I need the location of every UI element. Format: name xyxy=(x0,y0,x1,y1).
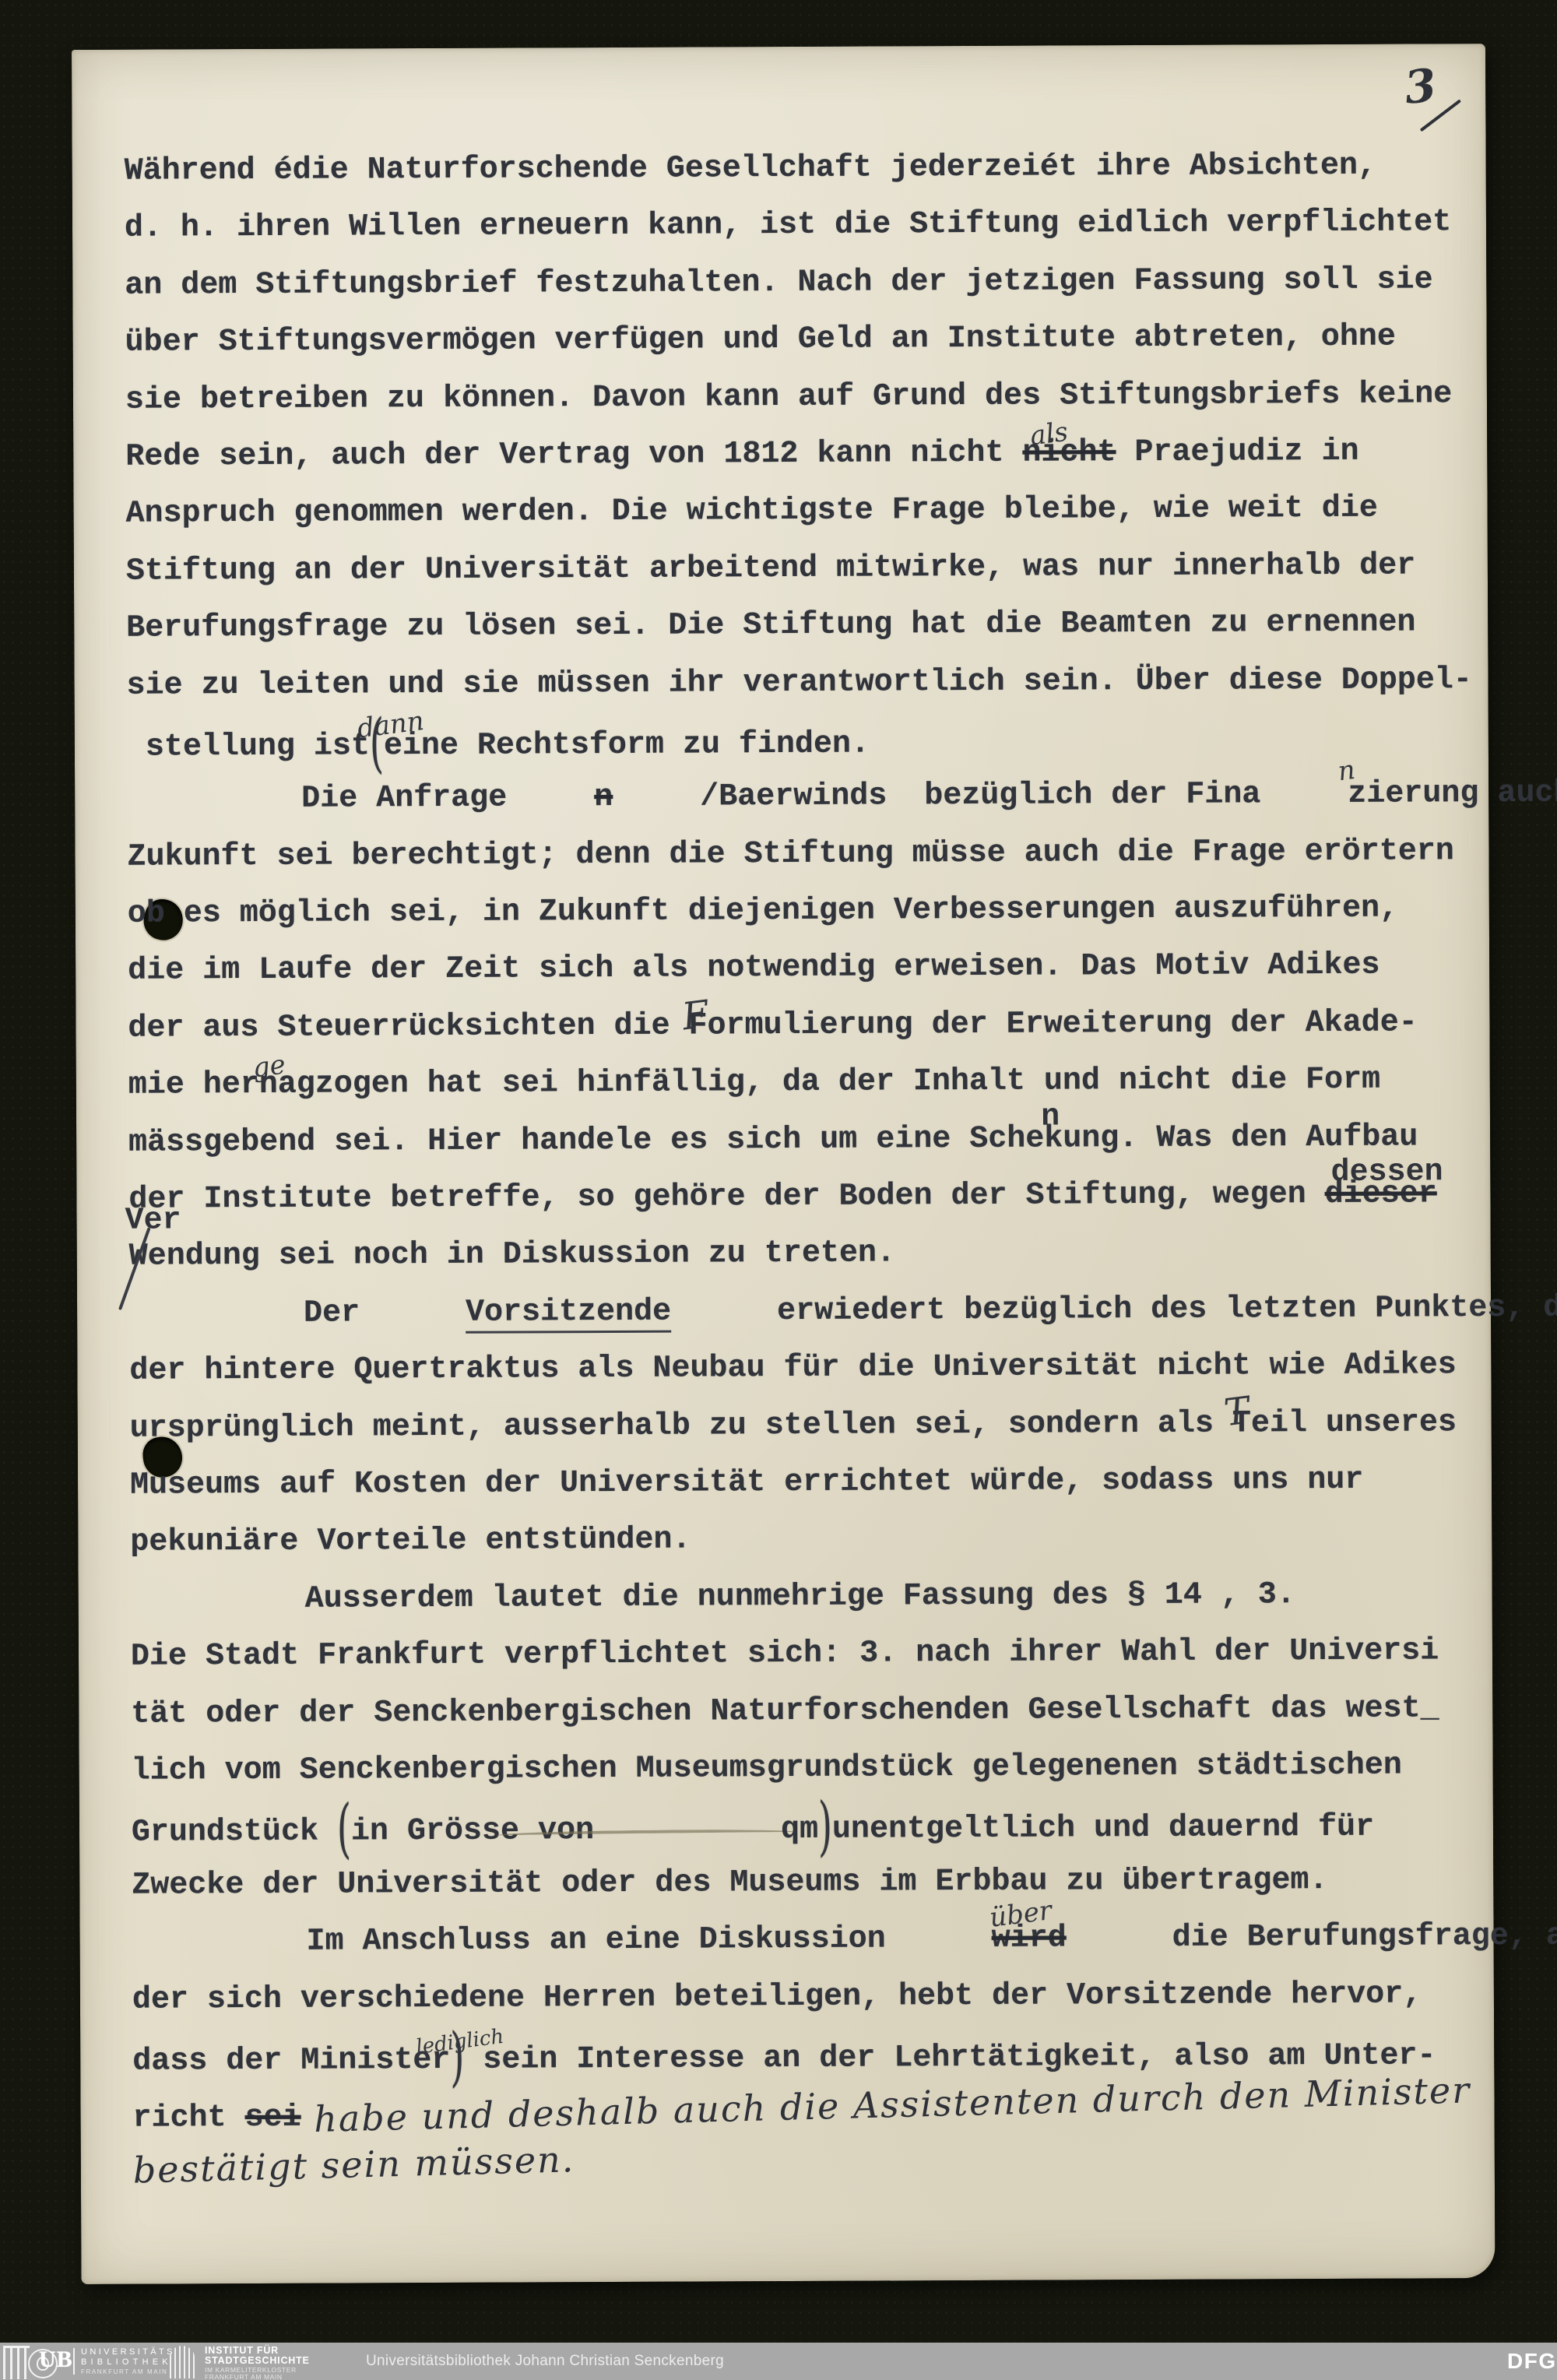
typed-insertion: n xyxy=(1041,1102,1060,1133)
typed-line: Ausserdem lautet die nunmehrige Fassung … xyxy=(131,1566,1501,1629)
struck-word: wirdüber xyxy=(905,1911,1067,1968)
typed-line: Der Vorsitzende erwiedert bezüglich des … xyxy=(129,1280,1499,1343)
typed-line: pekuniäre Vorteile entstünden. xyxy=(130,1508,1500,1571)
typed-text: über Stiftungsvermögen verfügen und Geld… xyxy=(125,309,1396,372)
typed-text-fragment: ursprünglich meint, ausserhalb zu stelle… xyxy=(130,1406,1232,1446)
typed-text: qm xyxy=(781,1802,818,1859)
typed-text: Wendung sei noch in Diskussion zu treten… xyxy=(129,1225,895,1286)
typed-line: die im Laufe der Zeit sich als notwendig… xyxy=(128,937,1498,1000)
handwritten-insertion: ge xyxy=(251,1051,287,1081)
typed-text-fragment: richt xyxy=(132,2101,244,2136)
typed-text-fragment: d. h. ihren Willen erneuern kann, ist di… xyxy=(125,206,1451,246)
typed-text-fragment: mie her xyxy=(128,1067,259,1103)
typed-text-fragment: sei xyxy=(245,2101,301,2136)
typed-text-fragment: Rede sein, auch der Vertrag von 1812 kan… xyxy=(125,436,1022,475)
handwritten-mark: ( xyxy=(337,1799,351,1861)
typed-text: der Institute betreffe, so gehöre der Bo… xyxy=(128,1166,1325,1229)
typed-text: zogen hat sei hinfällig, da der Inhalt u… xyxy=(315,1052,1381,1113)
isg-arch-icon xyxy=(170,2346,195,2378)
ub-name-line1: UNIVERSITÄTS xyxy=(81,2347,175,2357)
page-number-value: 3 xyxy=(1402,54,1478,114)
typed-text: Stiftung an der Universität arbeitend mi… xyxy=(126,537,1416,600)
typed-text-fragment: n xyxy=(594,780,613,815)
typed-text: /Baerwinds bezüglich der Fina xyxy=(613,767,1260,827)
typed-text: Ausserdem lautet die nunmehrige Fassung … xyxy=(218,1566,1296,1628)
typed-text: erwiedert bezüglich des letzten Punktes,… xyxy=(671,1279,1557,1341)
typed-text-fragment: bestätigt sein müssen. xyxy=(132,2131,575,2199)
typed-text-fragment: Praejudiz in xyxy=(1116,434,1358,470)
typed-text: ursprünglich meint, ausserhalb zu stelle… xyxy=(130,1395,1233,1457)
typed-text-fragment: /Baerwinds bezüglich der Fina xyxy=(700,778,1260,815)
typed-text-fragment: Grundstück xyxy=(132,1815,337,1851)
typed-text: kungn xyxy=(1044,1110,1119,1168)
dfg-logo: DFG xyxy=(1507,2349,1557,2374)
typed-text: Museums auf Kosten der Universität erric… xyxy=(130,1452,1364,1514)
ub-name-line2: BIBLIOTHEK xyxy=(81,2357,172,2367)
typed-text: Zukunft sei berechtigt; denn die Stiftun… xyxy=(127,823,1454,886)
typed-text: der sich verschiedene Herren beteiligen,… xyxy=(132,1966,1422,2029)
typed-text: an dem Stiftungsbrief festzuhalten. Nach… xyxy=(125,251,1433,315)
typed-text-fragment: der hintere Quertraktus als Neubau für d… xyxy=(129,1348,1456,1388)
typed-text: der Erweiterung der Akade- xyxy=(912,994,1417,1053)
underlined-word: Vorsitzende xyxy=(378,1283,671,1341)
typed-text-fragment: sie betreiben zu können. Davon kann auf … xyxy=(125,377,1452,417)
typed-text: Die Anfrage xyxy=(214,770,507,828)
typed-text: Praejudiz in xyxy=(1116,424,1358,482)
typed-text-fragment: die Berufungsfrage, an xyxy=(1154,1919,1557,1956)
typed-text: Berufungsfrage zu lösen sei. Die Stiftun… xyxy=(126,595,1416,658)
typed-text: Der xyxy=(216,1285,378,1342)
typed-text-fragment: Der xyxy=(304,1295,378,1331)
typed-text-fragment: die im Laufe der Zeit sich als notwendig… xyxy=(128,948,1380,989)
typed-line: Während édie Naturforschende Gesellchaft… xyxy=(125,137,1495,200)
handwritten-mark: ) xyxy=(818,1797,832,1858)
typed-line: der Institute betreffe, so gehöre der Bo… xyxy=(128,1165,1499,1229)
typed-text: Grundstück xyxy=(132,1804,337,1862)
typed-text-fragment: der Erweiterung der Akade- xyxy=(913,1005,1418,1042)
typed-text: zierung auch für din xyxy=(1260,765,1557,824)
typed-text: tät oder der Senckenbergischen Naturfors… xyxy=(131,1680,1439,1743)
typed-text: Die Stadt Frankfurt verpflichtet sich: 3… xyxy=(131,1623,1439,1686)
typed-text: pekuniäre Vorteile entstünden. xyxy=(130,1512,691,1572)
isg-name-line1: INSTITUT FÜR xyxy=(205,2345,279,2356)
typed-text-fragment: tät oder der Senckenbergischen Naturfors… xyxy=(131,1691,1439,1731)
typed-text-fragment: erwiedert bezüglich des letzten Punktes,… xyxy=(758,1290,1557,1329)
typed-text: unentgeltlich und dauernd für xyxy=(832,1799,1374,1858)
typed-text: FormulierungF xyxy=(688,997,912,1055)
document-page: 3 Während édie Naturforschende Gesellcha… xyxy=(72,44,1495,2284)
typed-text-fragment: Zwecke der Universität oder des Museums … xyxy=(132,1863,1327,1904)
typed-text: Zwecke der Universität oder des Museums … xyxy=(132,1852,1328,1914)
typed-text: die Berufungsfrage, an xyxy=(1067,1908,1557,1967)
typed-line: Berufungsfrage zu lösen sei. Die Stiftun… xyxy=(126,594,1496,657)
handwritten-insertion: F xyxy=(680,996,711,1036)
typed-text-fragment: stellung ist xyxy=(127,729,370,765)
typed-line: Wendung sei noch in Diskussion zu treten… xyxy=(129,1222,1499,1285)
typed-text: lich vom Senckenbergischen Museumsgrunds… xyxy=(131,1738,1402,1801)
typed-text: Während édie Naturforschende Gesellchaft… xyxy=(125,138,1377,200)
typed-line: Die Anfragen/Baerwinds bezüglich der Fin… xyxy=(127,765,1497,828)
typed-text: dass der Minister xyxy=(132,2032,450,2090)
typed-text-fragment: . Was den Aufbau xyxy=(1119,1120,1418,1156)
typed-text-fragment: Wendung sei noch in Diskussion zu treten… xyxy=(129,1236,895,1274)
typed-text-fragment: pekuniäre Vorteile entstünden. xyxy=(130,1523,691,1560)
typed-text: der aus Steuerrücksichten die xyxy=(128,997,688,1057)
typed-text-fragment: dass der Minister xyxy=(132,2043,450,2079)
typed-text-fragment: sie zu leiten und sie müssen ihr verantw… xyxy=(126,663,1471,704)
typed-line: Zukunft sei berechtigt; denn die Stiftun… xyxy=(127,823,1497,886)
typed-line: über Stiftungsvermögen verfügen und Geld… xyxy=(125,308,1495,371)
footer-bar: UB UNIVERSITÄTS BIBLIOTHEK FRANKFURT AM … xyxy=(0,2343,1557,2380)
typed-text: Im Anschluss an eine Diskussion xyxy=(219,1911,904,1970)
scan-background: { "page": { "number": "3" }, "colors": {… xyxy=(0,0,1557,2380)
handwritten-insertion: T xyxy=(1222,1392,1252,1433)
ub-logo-divider xyxy=(73,2348,75,2375)
handwritten-mark: )lediglich xyxy=(450,2027,464,2089)
typed-text: d. h. ihren Willen erneuern kann, ist di… xyxy=(125,195,1452,258)
typed-text-block: Während édie Naturforschende Gesellchaft… xyxy=(125,137,1504,2200)
typed-text-fragment: Während édie Naturforschende Gesellchaft… xyxy=(125,149,1376,189)
typed-text-fragment: Im Anschluss an eine Diskussion xyxy=(307,1921,905,1959)
typed-line: stellung ist(danneine Rechtsform zu find… xyxy=(127,708,1497,772)
typed-text-fragment: lich vom Senckenbergischen Museumsgrunds… xyxy=(132,1749,1402,1789)
typed-text-fragment: ob es möglich sei, in Zukunft diejenigen… xyxy=(128,891,1398,932)
typed-text: eine Rechtsform zu finden. xyxy=(384,715,870,775)
typed-insertion: dessen xyxy=(1330,1158,1443,1190)
typed-line: Grundstück (in Grösse von qm)unentgeltli… xyxy=(132,1794,1502,1857)
typed-text: richt xyxy=(132,2090,244,2147)
typed-text-fragment: mässgebend sei. Hier handele es sich um … xyxy=(128,1121,1044,1160)
ub-name-line3: FRANKFURT AM MAIN xyxy=(81,2368,167,2375)
page-number: 3 xyxy=(1404,58,1474,143)
typed-text: ob es möglich sei, in Zukunft diejenigen… xyxy=(128,881,1399,944)
typed-text-fragment: Stiftung an der Universität arbeitend mi… xyxy=(126,548,1415,589)
typed-text: mie her xyxy=(128,1056,259,1114)
typed-text-fragment: der aus Steuerrücksichten die xyxy=(128,1008,688,1046)
typed-text-fragment: zogen hat sei hinfällig, da der Inhalt u… xyxy=(315,1063,1380,1102)
typed-text-fragment: unentgeltlich und dauernd für xyxy=(832,1810,1374,1847)
handwritten-mark: bestätigt sein müssen. xyxy=(133,2141,575,2205)
typed-line: Die Stadt Frankfurt verpflichtet sich: 3… xyxy=(131,1622,1501,1686)
typed-line: Im Anschluss an eine Diskussion wirdüber… xyxy=(132,1908,1502,1971)
handwritten-mark: (dann xyxy=(370,713,384,775)
typed-text: sie betreiben zu können. Davon kann auf … xyxy=(125,366,1453,429)
blank-gap xyxy=(613,1806,781,1838)
typed-text-fragment: der sich verschiedene Herren beteiligen,… xyxy=(132,1977,1422,2017)
typed-text-fragment: Die Anfrage xyxy=(301,781,507,817)
struck-word: n xyxy=(507,769,613,827)
typed-line: Museums auf Kosten der Universität erric… xyxy=(130,1451,1500,1514)
typed-text: stellung ist xyxy=(127,718,370,776)
typed-line: der sich verschiedene Herren beteiligen,… xyxy=(132,1966,1503,2029)
typed-line: richt sei habe und deshalb auch die Assi… xyxy=(132,2079,1503,2143)
typed-line: sie betreiben zu können. Davon kann auf … xyxy=(125,366,1495,429)
typed-text-fragment: Vorsitzende xyxy=(466,1294,671,1333)
margin-insertion-ver: Ver xyxy=(125,1203,181,1238)
typed-text: mässgebend sei. Hier handele es sich um … xyxy=(128,1110,1045,1172)
typed-text-fragment: eine Rechtsform zu finden. xyxy=(384,726,870,764)
struck-word: nichtals xyxy=(1022,424,1116,482)
ub-logo-abbreviation: UB xyxy=(39,2347,73,2373)
typed-line: bestätigt sein müssen. xyxy=(133,2137,1503,2200)
typed-text-fragment: Museums auf Kosten der Universität erric… xyxy=(130,1463,1363,1503)
typed-text-fragment: Anspruch genommen werden. Die wichtigste… xyxy=(126,491,1378,532)
footer-library-name: Universitätsbibliothek Johann Christian … xyxy=(366,2353,724,2370)
typed-text-fragment: qm xyxy=(781,1812,818,1847)
struck-word: dieserdessen xyxy=(1325,1165,1437,1223)
typed-text-fragment: Berufungsfrage zu lösen sei. Die Stiftun… xyxy=(126,606,1415,646)
typed-line: mässgebend sei. Hier handele es sich um … xyxy=(128,1109,1499,1172)
typed-text-fragment: Zukunft sei berechtigt; denn die Stiftun… xyxy=(127,834,1453,874)
typed-line: der hintere Quertraktus als Neubau für d… xyxy=(129,1337,1499,1400)
isg-name-line2: STADTGESCHICHTE xyxy=(205,2355,310,2366)
typed-line: Anspruch genommen werden. Die wichtigste… xyxy=(125,480,1495,543)
typed-text: Rede sein, auch der Vertrag von 1812 kan… xyxy=(125,425,1022,486)
typed-text: die im Laufe der Zeit sich als notwendig… xyxy=(128,937,1380,1000)
typed-text-fragment: Die Stadt Frankfurt verpflichtet sich: 3… xyxy=(131,1634,1439,1675)
typed-line: Rede sein, auch der Vertrag von 1812 kan… xyxy=(125,423,1495,486)
typed-text: TeilT xyxy=(1232,1395,1307,1453)
typed-text-fragment: zierung auch für di xyxy=(1348,775,1557,812)
typed-text: unseres xyxy=(1307,1394,1457,1452)
typed-line: tät oder der Senckenbergischen Naturfors… xyxy=(131,1680,1501,1743)
typed-text: Anspruch genommen werden. Die wichtigste… xyxy=(125,480,1378,543)
typed-text-fragment: Formulierung xyxy=(689,1007,913,1043)
handwritten-insertion: als xyxy=(1028,419,1069,450)
typed-text: sie zu leiten und sie müssen ihr verantw… xyxy=(126,652,1472,715)
typed-text-fragment: der Institute betreffe, so gehöre der Bo… xyxy=(128,1177,1324,1218)
typed-line: an dem Stiftungsbrief festzuhalten. Nach… xyxy=(125,251,1495,315)
typed-text: nagge xyxy=(259,1056,315,1114)
typed-line: d. h. ihren Willen erneuern kann, ist di… xyxy=(125,194,1495,257)
typed-text-fragment: Ausserdem lautet die nunmehrige Fassung … xyxy=(305,1577,1295,1617)
typed-text: der hintere Quertraktus als Neubau für d… xyxy=(129,1337,1457,1400)
typed-line: ursprünglich meint, ausserhalb zu stelle… xyxy=(130,1394,1500,1457)
typed-line: mie hernaggezogen hat sei hinfällig, da … xyxy=(128,1051,1499,1114)
typed-line: sie zu leiten und sie müssen ihr verantw… xyxy=(126,652,1496,715)
ub-columns-icon xyxy=(3,2346,30,2379)
isg-name-line4: FRANKFURT AM MAIN xyxy=(205,2373,283,2380)
typed-line: Stiftung an der Universität arbeitend mi… xyxy=(126,537,1496,600)
typed-text-fragment: unseres xyxy=(1307,1405,1457,1441)
typed-line: der aus Steuerrücksichten die Formulieru… xyxy=(128,994,1498,1057)
typed-line: ob es möglich sei, in Zukunft diejenigen… xyxy=(128,880,1498,943)
typed-line: Zwecke der Universität oder des Museums … xyxy=(132,1851,1502,1914)
typed-text-fragment: an dem Stiftungsbrief festzuhalten. Nach… xyxy=(125,262,1432,303)
typed-text-fragment: über Stiftungsvermögen verfügen und Geld… xyxy=(125,320,1396,360)
